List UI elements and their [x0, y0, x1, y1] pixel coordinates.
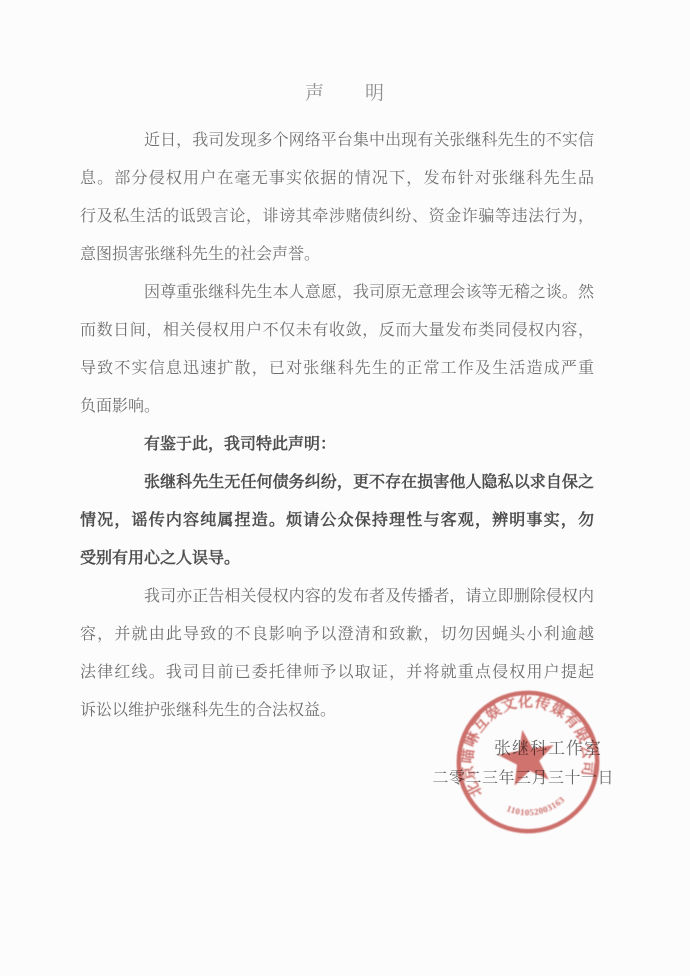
paragraph-line: 近日，我司发现多个网络平台集中出现有关张继科先生的不实信 [80, 122, 594, 160]
paragraph-declaration-lead: 有鉴于此，我司特此声明： [80, 426, 594, 464]
paragraph-line: 我司亦正告相关侵权内容的发布者及传播者，请立即删除侵权内 [80, 578, 594, 616]
paragraph-line: 行及私生活的诋毁言论，诽谤其牵涉赌债纠纷、资金诈骗等违法行为， [80, 198, 594, 236]
paragraph-declaration: 张继科先生无任何债务纠纷，更不存在损害他人隐私以求自保之 情况，谣传内容纯属捏造… [80, 464, 594, 578]
paragraph-line: 负面影响。 [80, 388, 594, 426]
seal-serial-number: 1101052003163 [504, 793, 568, 822]
paragraph-line: 意图损害张继科先生的社会声誉。 [80, 236, 594, 274]
paragraph: 因尊重张继科先生本人意愿，我司原无意理会该等无稽之谈。然 而数日间，相关侵权用户… [80, 274, 594, 426]
paragraph-line: 情况，谣传内容纯属捏造。烦请公众保持理性与客观，辨明事实，勿 [80, 502, 594, 540]
svg-text:1101052003163: 1101052003163 [504, 793, 568, 822]
paragraph-line: 有鉴于此，我司特此声明： [80, 426, 594, 464]
paragraph-line: 张继科先生无任何债务纠纷，更不存在损害他人隐私以求自保之 [80, 464, 594, 502]
paragraph-line: 息。部分侵权用户在毫无事实依据的情况下，发布针对张继科先生品 [80, 160, 594, 198]
company-seal-stamp: 北京喵啉互娱文化传媒有限公司 1101052003163 [431, 665, 626, 860]
seal-star-icon [495, 725, 560, 788]
paragraph-line: 导致不实信息迅速扩散，已对张继科先生的正常工作及生活造成严重 [80, 350, 594, 388]
paragraph-line: 而数日间，相关侵权用户不仅未有收敛，反而大量发布类同侵权内容， [80, 312, 594, 350]
document-title: 声 明 [0, 78, 690, 105]
paragraph: 近日，我司发现多个网络平台集中出现有关张继科先生的不实信 息。部分侵权用户在毫无… [80, 122, 594, 274]
paragraph-line: 因尊重张继科先生本人意愿，我司原无意理会该等无稽之谈。然 [80, 274, 594, 312]
document-body: 近日，我司发现多个网络平台集中出现有关张继科先生的不实信 息。部分侵权用户在毫无… [80, 122, 594, 730]
scanned-statement-page: 声 明 近日，我司发现多个网络平台集中出现有关张继科先生的不实信 息。部分侵权用… [0, 0, 690, 976]
paragraph-line: 受别有用心之人误导。 [80, 540, 594, 578]
paragraph-line: 容，并就由此导致的不良影响予以澄清和致歉，切勿因蝇头小利逾越 [80, 616, 594, 654]
